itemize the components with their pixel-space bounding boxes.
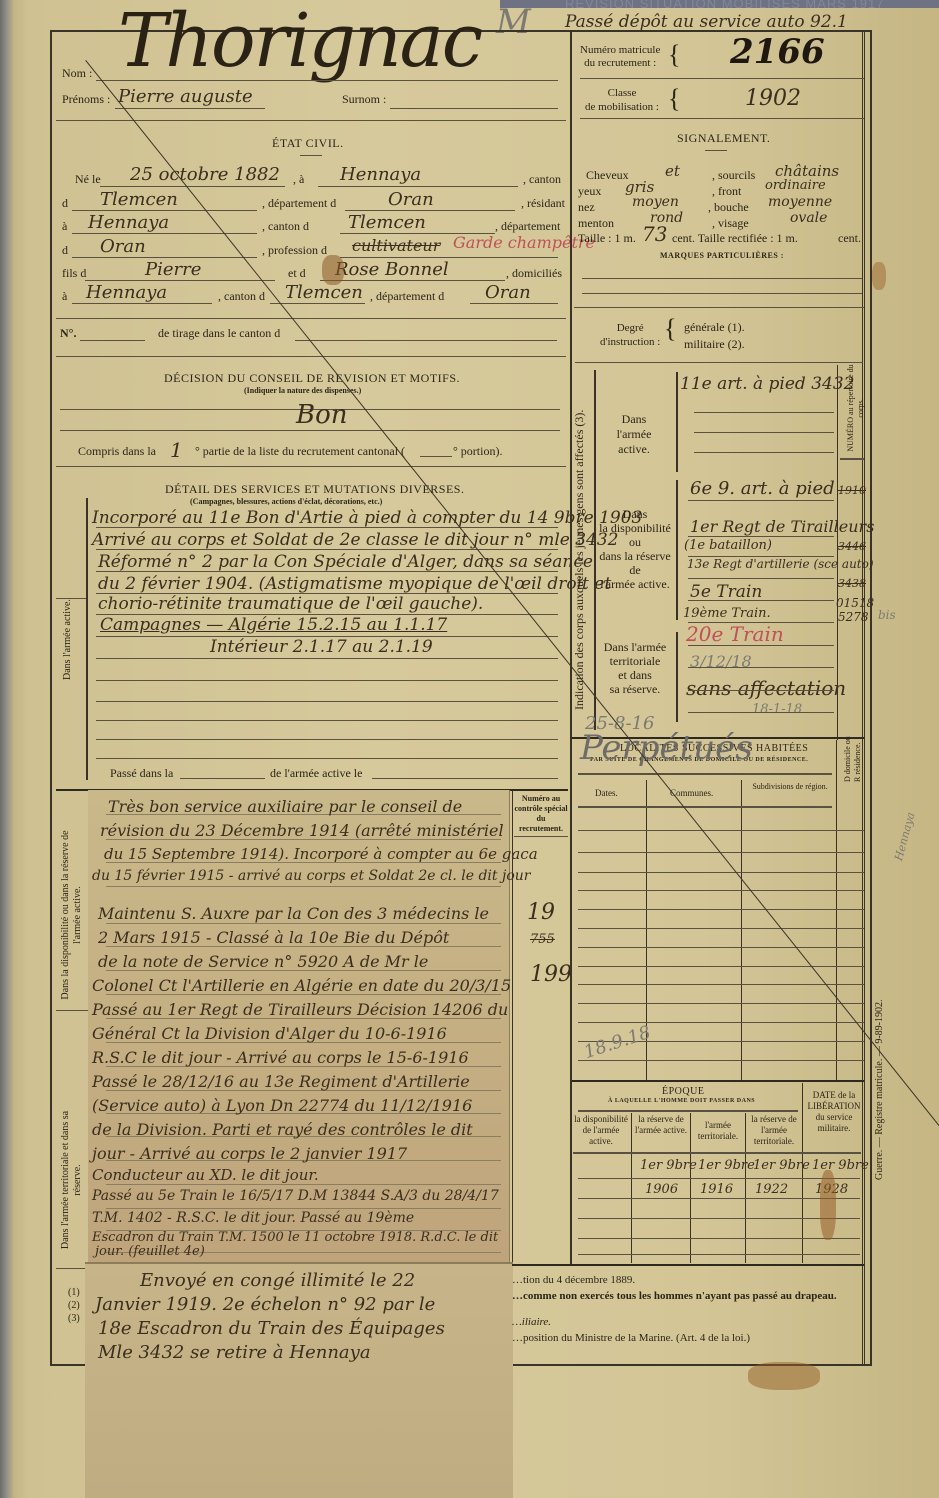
etat-civil-title: ÉTAT CIVIL. bbox=[272, 136, 344, 151]
instruction-militaire-label: militaire (2). bbox=[684, 337, 745, 352]
slip-line: Conducteur au XD. le dit jour. bbox=[92, 1166, 319, 1184]
passe-dans-label: Passé dans la bbox=[110, 766, 173, 781]
territoriale-label-line: Dans l'armée bbox=[598, 640, 672, 654]
numero-label-line: Numéro matricule bbox=[580, 44, 660, 57]
degre-label-line: d'instruction : bbox=[600, 335, 660, 349]
disponibilite-label-line: dans la réserve bbox=[598, 549, 672, 563]
birth-canton-value: Tlemcen bbox=[100, 189, 178, 210]
slip-line: Général Ct la Division d'Alger du 10-6-1… bbox=[92, 1024, 447, 1043]
classe-label-line: de mobilisation : bbox=[585, 100, 659, 114]
epoque-value: 1er 9bre bbox=[698, 1158, 755, 1173]
slip-line: Passé le 28/12/16 au 13e Regiment d'Arti… bbox=[92, 1072, 470, 1091]
territoriale-entry-red: 20e Train bbox=[686, 622, 784, 646]
epoque-value: 1er 9bre bbox=[640, 1158, 697, 1173]
slip-line: T.M. 1402 - R.S.C. le dit jour. Passé au… bbox=[92, 1210, 414, 1226]
epoque-header-disponibilite: la disponibilité de l'armée active. bbox=[573, 1114, 629, 1147]
disponibilite-label-line: de bbox=[598, 563, 672, 577]
disponibilite-entry: 19ème Train. bbox=[683, 606, 771, 621]
epoque-value: 1922 bbox=[755, 1182, 788, 1197]
controle-number-struck: 755 bbox=[530, 932, 555, 947]
compris-label: Compris dans la bbox=[78, 444, 156, 459]
numero-repertoire-header: NUMÉRO au répertoire du corps. bbox=[846, 358, 866, 458]
numero-matricule-label: Numéro matricule du recrutement : bbox=[580, 44, 660, 70]
territoriale-label-line: et dans bbox=[598, 668, 672, 682]
slip-line: Passé au 1er Regt de Tirailleurs Décisio… bbox=[92, 1000, 508, 1019]
slip-line: de la Division. Parti et rayé des contrô… bbox=[92, 1120, 473, 1139]
tirage-label: de tirage dans le canton d bbox=[158, 326, 280, 341]
profession-value: Garde champêtre bbox=[453, 233, 595, 252]
cent-label: cent. bbox=[838, 231, 861, 246]
numero-controle-header: Numéro au contrôle spécial du recrutemen… bbox=[514, 794, 568, 834]
stain bbox=[748, 1362, 820, 1390]
degre-label-line: Degré bbox=[600, 321, 660, 335]
column-subdivisions: Subdivisions de région. bbox=[750, 782, 830, 792]
yeux-label: yeux bbox=[578, 184, 601, 199]
slip-line: Passé au 5e Train le 16/5/17 D.M 13844 S… bbox=[92, 1188, 499, 1204]
visage-value: ovale bbox=[790, 210, 827, 226]
slip-line: jour. (feuillet 4e) bbox=[95, 1244, 205, 1259]
vertical-label-disponibilite: Dans la disponibilité ou dans la réserve… bbox=[60, 830, 84, 1000]
slip-line: Escadron du Train T.M. 1500 le 11 octobr… bbox=[92, 1230, 498, 1245]
column-dates: Dates. bbox=[595, 788, 618, 798]
departement3-label: , département d bbox=[370, 289, 444, 304]
profession-struck-value: cultivateur bbox=[352, 236, 440, 255]
visage-label: , visage bbox=[712, 216, 749, 231]
epoque-header-reserve-territoriale: la réserve de l'armée territoriale. bbox=[747, 1114, 801, 1147]
epoque-value: 1906 bbox=[645, 1182, 678, 1197]
partie-value: 1 bbox=[170, 438, 183, 462]
disponibilite-label-line: ou bbox=[598, 535, 672, 549]
margin-pencil-note: Hennaya bbox=[892, 811, 917, 862]
armee-active-entry: 11e art. à pied 3432 bbox=[680, 374, 854, 394]
liberation-header: DATE de la LIBÉRATION du service militai… bbox=[806, 1090, 862, 1134]
front-label: , front bbox=[712, 184, 741, 199]
services-title: DÉTAIL DES SERVICES ET MUTATIONS DIVERSE… bbox=[165, 482, 464, 497]
departement2-label: , département bbox=[495, 219, 560, 234]
father-value: Pierre bbox=[145, 259, 201, 280]
territoriale-date: 18-1-18 bbox=[752, 702, 802, 717]
binding-shadow bbox=[0, 0, 14, 1498]
a-label: , à bbox=[293, 172, 304, 187]
column-domicile-residence: D domicile ou R résidence. bbox=[843, 732, 863, 782]
sourcils-label: , sourcils bbox=[712, 168, 755, 183]
footnote-1: …tion du 4 décembre 1889. bbox=[512, 1274, 635, 1286]
territoriale-label-line: territoriale bbox=[598, 654, 672, 668]
d2-label: d bbox=[62, 243, 68, 258]
classe-label: Classe de mobilisation : bbox=[585, 86, 659, 114]
cheveux-label: Cheveux bbox=[586, 168, 629, 183]
taille-value: 73 bbox=[642, 222, 667, 246]
d-label: d bbox=[62, 196, 68, 211]
localites-overwrite: Perpétués bbox=[580, 728, 753, 768]
footnote-markers: (1) (2) (3) bbox=[68, 1286, 80, 1325]
slip2-line: Mle 3432 se retire à Hennaya bbox=[98, 1342, 371, 1363]
service-line: Arrivé au corps et Soldat de 2e classe l… bbox=[92, 530, 619, 550]
territoriale-entry: sans affectation bbox=[686, 676, 846, 700]
instruction-generale-label: générale (1). bbox=[684, 320, 745, 335]
controle-number: 199 bbox=[530, 962, 572, 987]
vertical-label-territoriale: Dans l'armée territoriale et dans sa rés… bbox=[60, 1105, 84, 1255]
territoriale-date: 3/12/18 bbox=[690, 652, 752, 671]
fils-label: fils d bbox=[62, 266, 86, 281]
numero-matricule-value: 2166 bbox=[730, 32, 825, 72]
territoriale-label-line: sa réserve. bbox=[598, 682, 672, 696]
portion-label: ° portion). bbox=[453, 444, 502, 459]
classe-label-line: Classe bbox=[585, 86, 659, 100]
disponibilite-label-line: l'armée active. bbox=[598, 577, 672, 591]
prenoms-value: Pierre auguste bbox=[118, 86, 253, 107]
corps-number: 5278 bbox=[838, 610, 869, 624]
canton2-label: , canton d bbox=[262, 219, 309, 234]
service-line: Réformé n° 2 par la Con Spéciale d'Alger… bbox=[98, 552, 593, 572]
slip-line: révision du 23 Décembre 1914 (arrêté min… bbox=[100, 821, 504, 840]
disponibilite-label: Dans la disponibilité ou dans la réserve… bbox=[598, 507, 672, 591]
stain bbox=[820, 1170, 836, 1240]
cheveux-value: et bbox=[665, 162, 680, 180]
menton-label: menton bbox=[578, 216, 614, 231]
armee-active-label: Dans l'armée active. bbox=[602, 412, 666, 457]
residence-canton-value: Tlemcen bbox=[348, 212, 426, 233]
corps-number-struck: 3446 bbox=[838, 540, 866, 553]
service-line: Campagnes — Algérie 15.2.15 au 1.1.17 bbox=[100, 615, 447, 635]
decision-value: Bon bbox=[296, 400, 348, 430]
service-line: du 2 février 1904. (Astigmatisme myopiqu… bbox=[98, 574, 611, 594]
epoque-header-territoriale: l'armée territoriale. bbox=[692, 1120, 744, 1142]
tirage-no-label: N°. bbox=[60, 326, 76, 341]
epoque-header-reserve-active: la réserve de l'armée active. bbox=[633, 1114, 689, 1136]
controle-number: 19 bbox=[527, 900, 555, 925]
corps-vertical-title: Indication des corps auxquels les jeunes… bbox=[572, 410, 587, 710]
footnote-marker: (2) bbox=[68, 1299, 80, 1312]
corps-number: 01518 bbox=[836, 596, 874, 610]
nom-label: Nom : bbox=[62, 66, 92, 81]
passe-rest-label: de l'armée active le bbox=[270, 766, 362, 781]
domicilies-label: , domiciliés bbox=[506, 266, 562, 281]
top-annotation: Passé dépôt au service auto 92.1 bbox=[565, 12, 848, 32]
disponibilite-label-line: Dans bbox=[598, 507, 672, 521]
service-line: Intérieur 2.1.17 au 2.1.19 bbox=[210, 637, 433, 657]
departement-label: , département d bbox=[262, 196, 336, 211]
slip-line: du 15 février 1915 - arrivé au corps et … bbox=[92, 868, 530, 884]
decision-title: DÉCISION DU CONSEIL DE REVISION ET MOTIF… bbox=[164, 371, 460, 386]
footnote-2: …comme non exercés tous les hommes n'aya… bbox=[512, 1290, 837, 1302]
canton-label: , canton bbox=[523, 172, 561, 187]
service-line: chorio-rétinite traumatique de l'œil gau… bbox=[98, 594, 483, 614]
residant-label: , résidant bbox=[521, 196, 565, 211]
slip-line: Colonel Ct l'Artillerie en Algérie en da… bbox=[92, 976, 511, 995]
slip-line: de la note de Service n° 5920 A de Mr le bbox=[98, 952, 428, 971]
disponibilite-entry: 5e Train bbox=[690, 582, 762, 602]
footnote-marker: (3) bbox=[68, 1312, 80, 1325]
footnote-3: …iliaire. bbox=[512, 1316, 551, 1328]
register-page: REVISION SITUATION MOBILISES MARS 1917 P… bbox=[0, 0, 939, 1498]
slip-line: 2 Mars 1915 - Classé à la 10e Bie du Dép… bbox=[98, 928, 449, 947]
mother-value: Rose Bonnel bbox=[335, 259, 449, 280]
domicile-value: Hennaya bbox=[86, 282, 167, 303]
compris-rest: ° partie de la liste du recrutement cant… bbox=[195, 444, 405, 459]
disponibilite-entry: (1e bataillon) bbox=[684, 538, 772, 553]
corps-number-struck: 1910 bbox=[838, 484, 866, 497]
bouche-value: moyenne bbox=[768, 194, 832, 210]
slip-line: R.S.C le dit jour - Arrivé au corps le 1… bbox=[92, 1048, 469, 1067]
vertical-label-active: Dans l'armée active. bbox=[62, 599, 73, 680]
slip2-line: 18e Escadron du Train des Équipages bbox=[98, 1318, 445, 1339]
slip2-line: Janvier 1919. 2e échelon n° 92 par le bbox=[95, 1294, 435, 1315]
armee-active-label-line: Dans bbox=[602, 412, 666, 427]
footnote-4: …position du Ministre de la Marine. (Art… bbox=[512, 1332, 750, 1344]
service-line: Incorporé au 11e Bon d'Artie à pied à co… bbox=[92, 508, 642, 528]
nez-label: nez bbox=[578, 200, 595, 215]
surnom-label: Surnom : bbox=[342, 92, 386, 107]
et-label: et d bbox=[288, 266, 306, 281]
profession-label: , profession d bbox=[262, 243, 327, 258]
taille-rectifiee-label: cent. Taille rectifiée : 1 m. bbox=[672, 231, 798, 246]
slip-line: Très bon service auxiliaire par le conse… bbox=[108, 797, 462, 816]
footnote-marker: (1) bbox=[68, 1286, 80, 1299]
front-value: ordinaire bbox=[765, 178, 826, 193]
slip-line: du 15 Septembre 1914). Incorporé à compt… bbox=[104, 845, 538, 863]
bouche-label: , bouche bbox=[708, 200, 749, 215]
disponibilite-entry: 13e Regt d'artillerie (sce auto) bbox=[687, 557, 874, 571]
corps-extra-note: bis bbox=[878, 608, 896, 622]
birthplace-value: Hennaya bbox=[340, 164, 421, 185]
territoriale-label: Dans l'armée territoriale et dans sa rés… bbox=[598, 640, 672, 696]
marques-label: MARQUES PARTICULIÈRES : bbox=[660, 251, 784, 260]
residence-value: Hennaya bbox=[88, 212, 169, 233]
prenoms-label: Prénoms : bbox=[62, 92, 110, 107]
taille-label: Taille : 1 m. bbox=[578, 231, 636, 246]
a3-label: à bbox=[62, 289, 67, 304]
surname-value: Thorignac bbox=[118, 0, 481, 84]
slip-line: jour - Arrivé au corps le 2 janvier 1917 bbox=[92, 1144, 407, 1163]
numero-label-line: du recrutement : bbox=[580, 57, 660, 70]
ne-le-label: Né le bbox=[75, 172, 101, 187]
services-subtitle: (Campagnes, blessures, actions d'éclat, … bbox=[190, 497, 382, 506]
nez-value: moyen bbox=[632, 194, 679, 210]
liberation-value: 1er 9bre bbox=[812, 1158, 869, 1173]
slip-line: Maintenu S. Auxre par la Con des 3 médec… bbox=[98, 904, 489, 923]
ink-stain bbox=[322, 255, 344, 285]
classe-value: 1902 bbox=[745, 86, 801, 111]
residence-departement-value: Oran bbox=[100, 236, 146, 257]
domicile-canton-value: Tlemcen bbox=[285, 282, 363, 303]
degre-instruction-label: Degré d'instruction : bbox=[600, 321, 660, 349]
disponibilite-label-line: la disponibilité bbox=[598, 521, 672, 535]
revision-stamp: REVISION SITUATION MOBILISES MARS 1917 bbox=[565, 0, 885, 11]
stain bbox=[872, 262, 886, 290]
epoque-subtitle: À LAQUELLE L'HOMME DOIT PASSER DANS bbox=[608, 1098, 755, 1104]
epoque-value: 1er 9bre bbox=[753, 1158, 810, 1173]
printer-imprint: Guerre. — Registre matricule. — 9-89-190… bbox=[874, 999, 885, 1180]
slip-line: (Service auto) à Lyon Dn 22774 du 11/12/… bbox=[92, 1096, 472, 1115]
armee-active-label-line: l'armée active. bbox=[602, 427, 666, 457]
birth-date-value: 25 octobre 1882 bbox=[130, 164, 280, 185]
disponibilite-entry: 6e 9. art. à pied bbox=[690, 478, 835, 499]
signalement-title: SIGNALEMENT. bbox=[677, 131, 770, 146]
birth-departement-value: Oran bbox=[388, 189, 434, 210]
a2-label: à bbox=[62, 219, 67, 234]
epoque-value: 1916 bbox=[700, 1182, 733, 1197]
slip2-line: Envoyé en congé illimité le 22 bbox=[140, 1270, 415, 1291]
epoque-title: ÉPOQUE bbox=[662, 1086, 704, 1097]
decision-subtitle: (Indiquer la nature des dispenses.) bbox=[244, 386, 361, 395]
disponibilite-entry: 1er Regt de Tirailleurs bbox=[690, 517, 874, 536]
canton3-label: , canton d bbox=[218, 289, 265, 304]
domicile-departement-value: Oran bbox=[485, 282, 531, 303]
corps-number-struck: 3438 bbox=[838, 577, 866, 590]
